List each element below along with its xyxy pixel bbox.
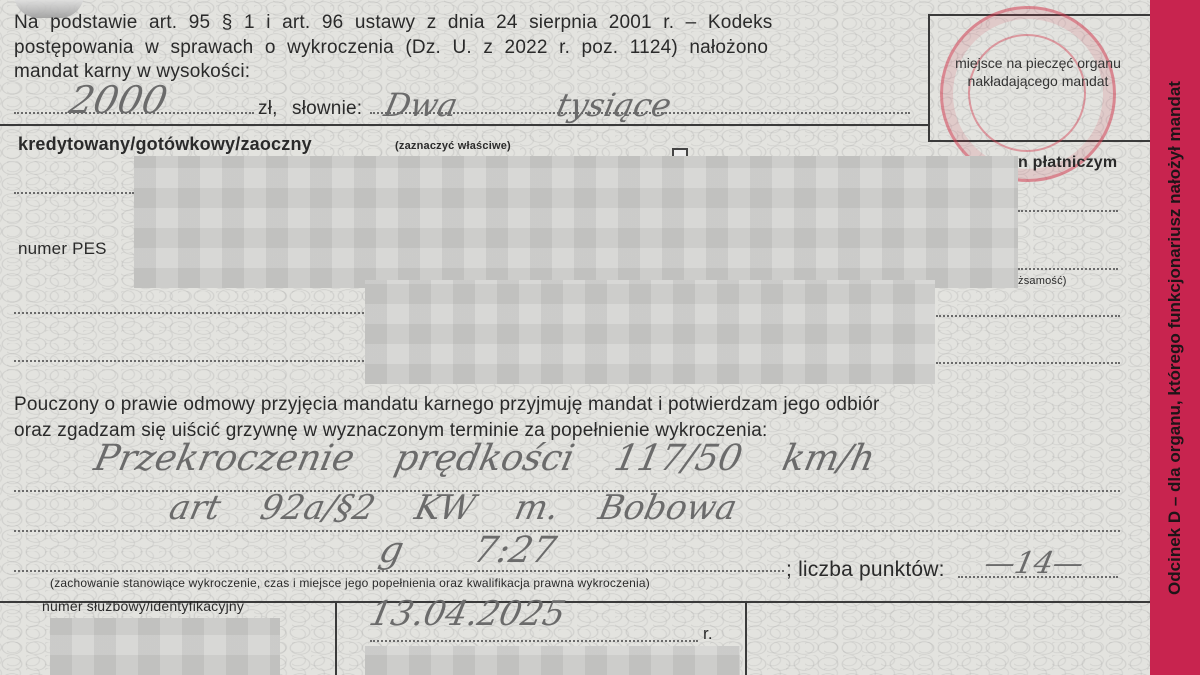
dotted-line	[1018, 268, 1118, 270]
offense-handwritten-2: art 92a/§2 KW m. Bobowa	[166, 488, 741, 528]
redacted-officer-id	[50, 618, 280, 675]
currency-label: zł,	[258, 98, 278, 120]
divider	[335, 601, 337, 675]
ticket-form: Na podstawie art. 95 § 1 i art. 96 ustaw…	[0, 0, 1150, 675]
redacted-address	[365, 280, 935, 384]
points-label: ; liczba punktów:	[786, 558, 945, 582]
dotted-line	[14, 360, 364, 362]
officer-id-label: numer służbowy/identyfikacyjny	[42, 598, 244, 614]
stamp-area-label: miejsce na pieczęć organu nakładającego …	[930, 54, 1146, 90]
redacted-personal-data	[134, 156, 1018, 288]
offense-caption: (zachowanie stanowiące wykroczenie, czas…	[50, 576, 650, 590]
in-words-label: słownie:	[292, 98, 362, 120]
divider	[0, 124, 930, 126]
in-words-handwritten: Dwa tysiące	[381, 86, 675, 124]
dotted-line	[14, 192, 134, 194]
dotted-line	[370, 640, 698, 642]
side-strip-text: Odcinek D – dla organu, którego funkcjon…	[1165, 81, 1185, 595]
dotted-line	[14, 570, 784, 572]
side-strip: Odcinek D – dla organu, którego funkcjon…	[1150, 0, 1200, 675]
offense-handwritten-3: g 7:27	[376, 530, 560, 571]
dotted-line	[936, 362, 1120, 364]
ticket-type-label: kredytowany/gotówkowy/zaoczny	[18, 134, 312, 155]
offense-handwritten-1: Przekroczenie prędkości 117/50 km/h	[91, 438, 879, 479]
date-handwritten: 13.04.2025	[366, 594, 569, 634]
dotted-line	[936, 315, 1120, 317]
dotted-line	[14, 312, 364, 314]
pesel-label: numer PES	[18, 239, 107, 259]
amount-handwritten: 2000	[65, 78, 171, 122]
divider	[745, 601, 747, 675]
points-handwritten: —14—	[981, 546, 1087, 581]
intro-line-2: postępowania w sprawach o wykroczenia (D…	[14, 37, 768, 59]
ticket-type-hint: (zaznaczyć właściwe)	[395, 140, 511, 152]
dotted-line	[1018, 210, 1118, 212]
payment-fragment: n płatniczym	[1018, 154, 1117, 172]
acknowledgement-line-1: Pouczony o prawie odmowy przyjęcia manda…	[14, 394, 880, 416]
date-suffix: r.	[703, 624, 713, 644]
redacted-place	[365, 646, 740, 675]
identity-fragment: żsamość)	[1018, 275, 1067, 287]
dotted-line	[14, 530, 1120, 532]
